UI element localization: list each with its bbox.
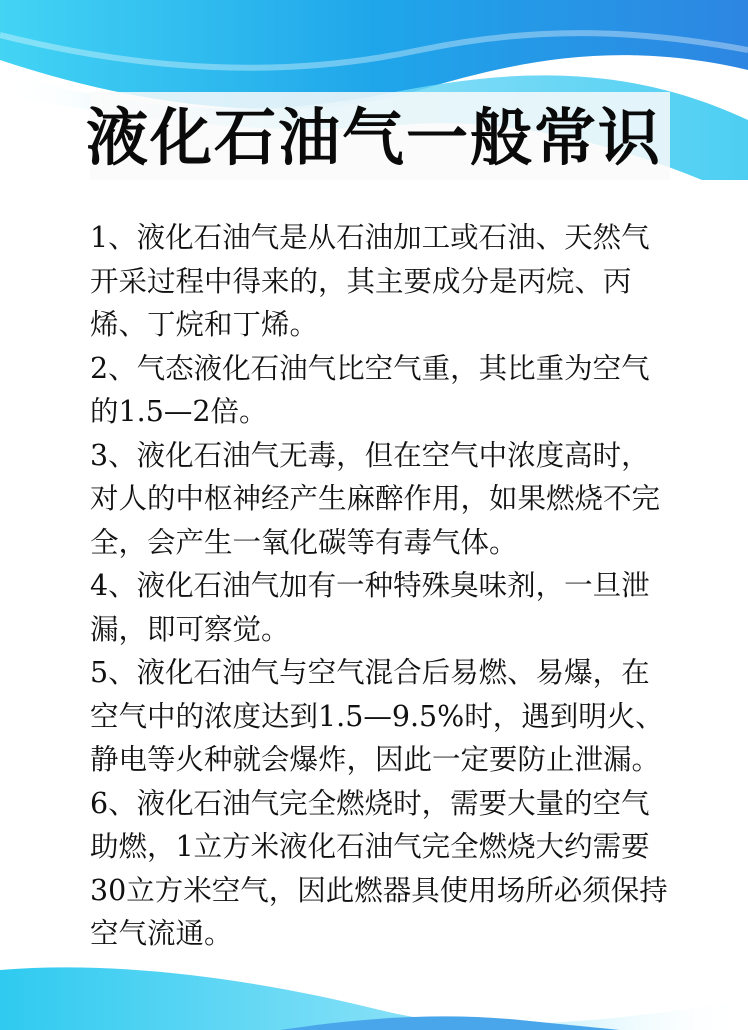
list-item: 4、液化石油气加有一种特殊臭味剂，一旦泄漏，即可察觉。 [90, 564, 670, 651]
list-item: 5、液化石油气与空气混合后易燃、易爆，在空气中的浓度达到1.5—9.5%时，遇到… [90, 651, 670, 782]
content-list: 1、液化石油气是从石油加工或石油、天然气开采过程中得来的，其主要成分是丙烷、丙烯… [90, 216, 670, 956]
list-item: 6、液化石油气完全燃烧时，需要大量的空气助燃，1立方米液化石油气完全燃烧大约需要… [90, 782, 670, 956]
page-title: 液化石油气一般常识 [0, 98, 748, 178]
list-item: 2、气态液化石油气比空气重，其比重为空气的1.5—2倍。 [90, 347, 670, 434]
list-item: 1、液化石油气是从石油加工或石油、天然气开采过程中得来的，其主要成分是丙烷、丙烯… [90, 216, 670, 347]
list-item: 3、液化石油气无毒，但在空气中浓度高时，对人的中枢神经产生麻醉作用，如果燃烧不完… [90, 434, 670, 565]
